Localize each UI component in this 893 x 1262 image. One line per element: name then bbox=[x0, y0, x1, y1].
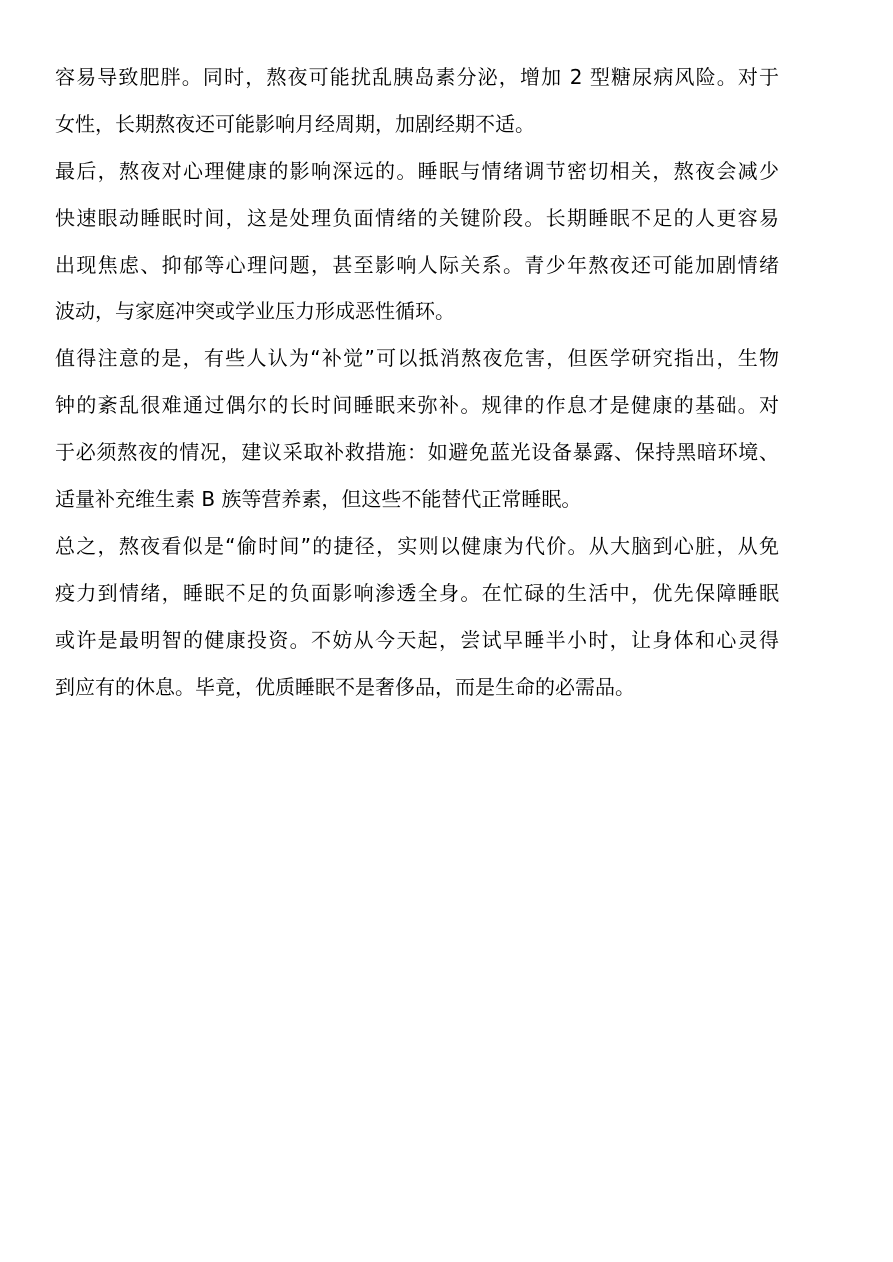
text-line: 女性，长期熬夜还可能影响月经周期，加剧经期不适。 bbox=[55, 101, 779, 148]
text-line: 钟的紊乱很难通过偶尔的长时间睡眠来弥补。规律的作息才是健康的基础。对 bbox=[55, 382, 779, 429]
text-line: 波动，与家庭冲突或学业压力形成恶性循环。 bbox=[55, 288, 779, 335]
text-line: 或许是最明智的健康投资。不妨从今天起，尝试早睡半小时，让身体和心灵得 bbox=[55, 617, 779, 664]
text-line: 出现焦虑、抑郁等心理问题，甚至影响人际关系。青少年熬夜还可能加剧情绪 bbox=[55, 242, 779, 289]
text-line: 值得注意的是，有些人认为“补觉”可以抵消熬夜危害，但医学研究指出，生物 bbox=[55, 335, 779, 382]
paragraph-1: 容易导致肥胖。同时，熬夜可能扰乱胰岛素分泌，增加 2 型糖尿病风险。对于 女性，… bbox=[55, 54, 779, 148]
paragraph-3: 值得注意的是，有些人认为“补觉”可以抵消熬夜危害，但医学研究指出，生物 钟的紊乱… bbox=[55, 335, 779, 523]
text-line: 到应有的休息。毕竟，优质睡眠不是奢侈品，而是生命的必需品。 bbox=[55, 664, 779, 711]
text-line: 容易导致肥胖。同时，熬夜可能扰乱胰岛素分泌，增加 2 型糖尿病风险。对于 bbox=[55, 54, 779, 101]
text-line: 快速眼动睡眠时间，这是处理负面情绪的关键阶段。长期睡眠不足的人更容易 bbox=[55, 195, 779, 242]
text-line: 疫力到情绪，睡眠不足的负面影响渗透全身。在忙碌的生活中，优先保障睡眠 bbox=[55, 570, 779, 617]
text-line: 总之，熬夜看似是“偷时间”的捷径，实则以健康为代价。从大脑到心脏，从免 bbox=[55, 523, 779, 570]
paragraph-2: 最后，熬夜对心理健康的影响深远的。睡眠与情绪调节密切相关，熬夜会减少 快速眼动睡… bbox=[55, 148, 779, 336]
paragraph-4: 总之，熬夜看似是“偷时间”的捷径，实则以健康为代价。从大脑到心脏，从免 疫力到情… bbox=[55, 523, 779, 711]
text-line: 于必须熬夜的情况，建议采取补救措施：如避免蓝光设备暴露、保持黑暗环境、 bbox=[55, 429, 779, 476]
text-line: 最后，熬夜对心理健康的影响深远的。睡眠与情绪调节密切相关，熬夜会减少 bbox=[55, 148, 779, 195]
text-line: 适量补充维生素 B 族等营养素，但这些不能替代正常睡眠。 bbox=[55, 476, 779, 523]
document-page: 容易导致肥胖。同时，熬夜可能扰乱胰岛素分泌，增加 2 型糖尿病风险。对于 女性，… bbox=[55, 54, 779, 710]
